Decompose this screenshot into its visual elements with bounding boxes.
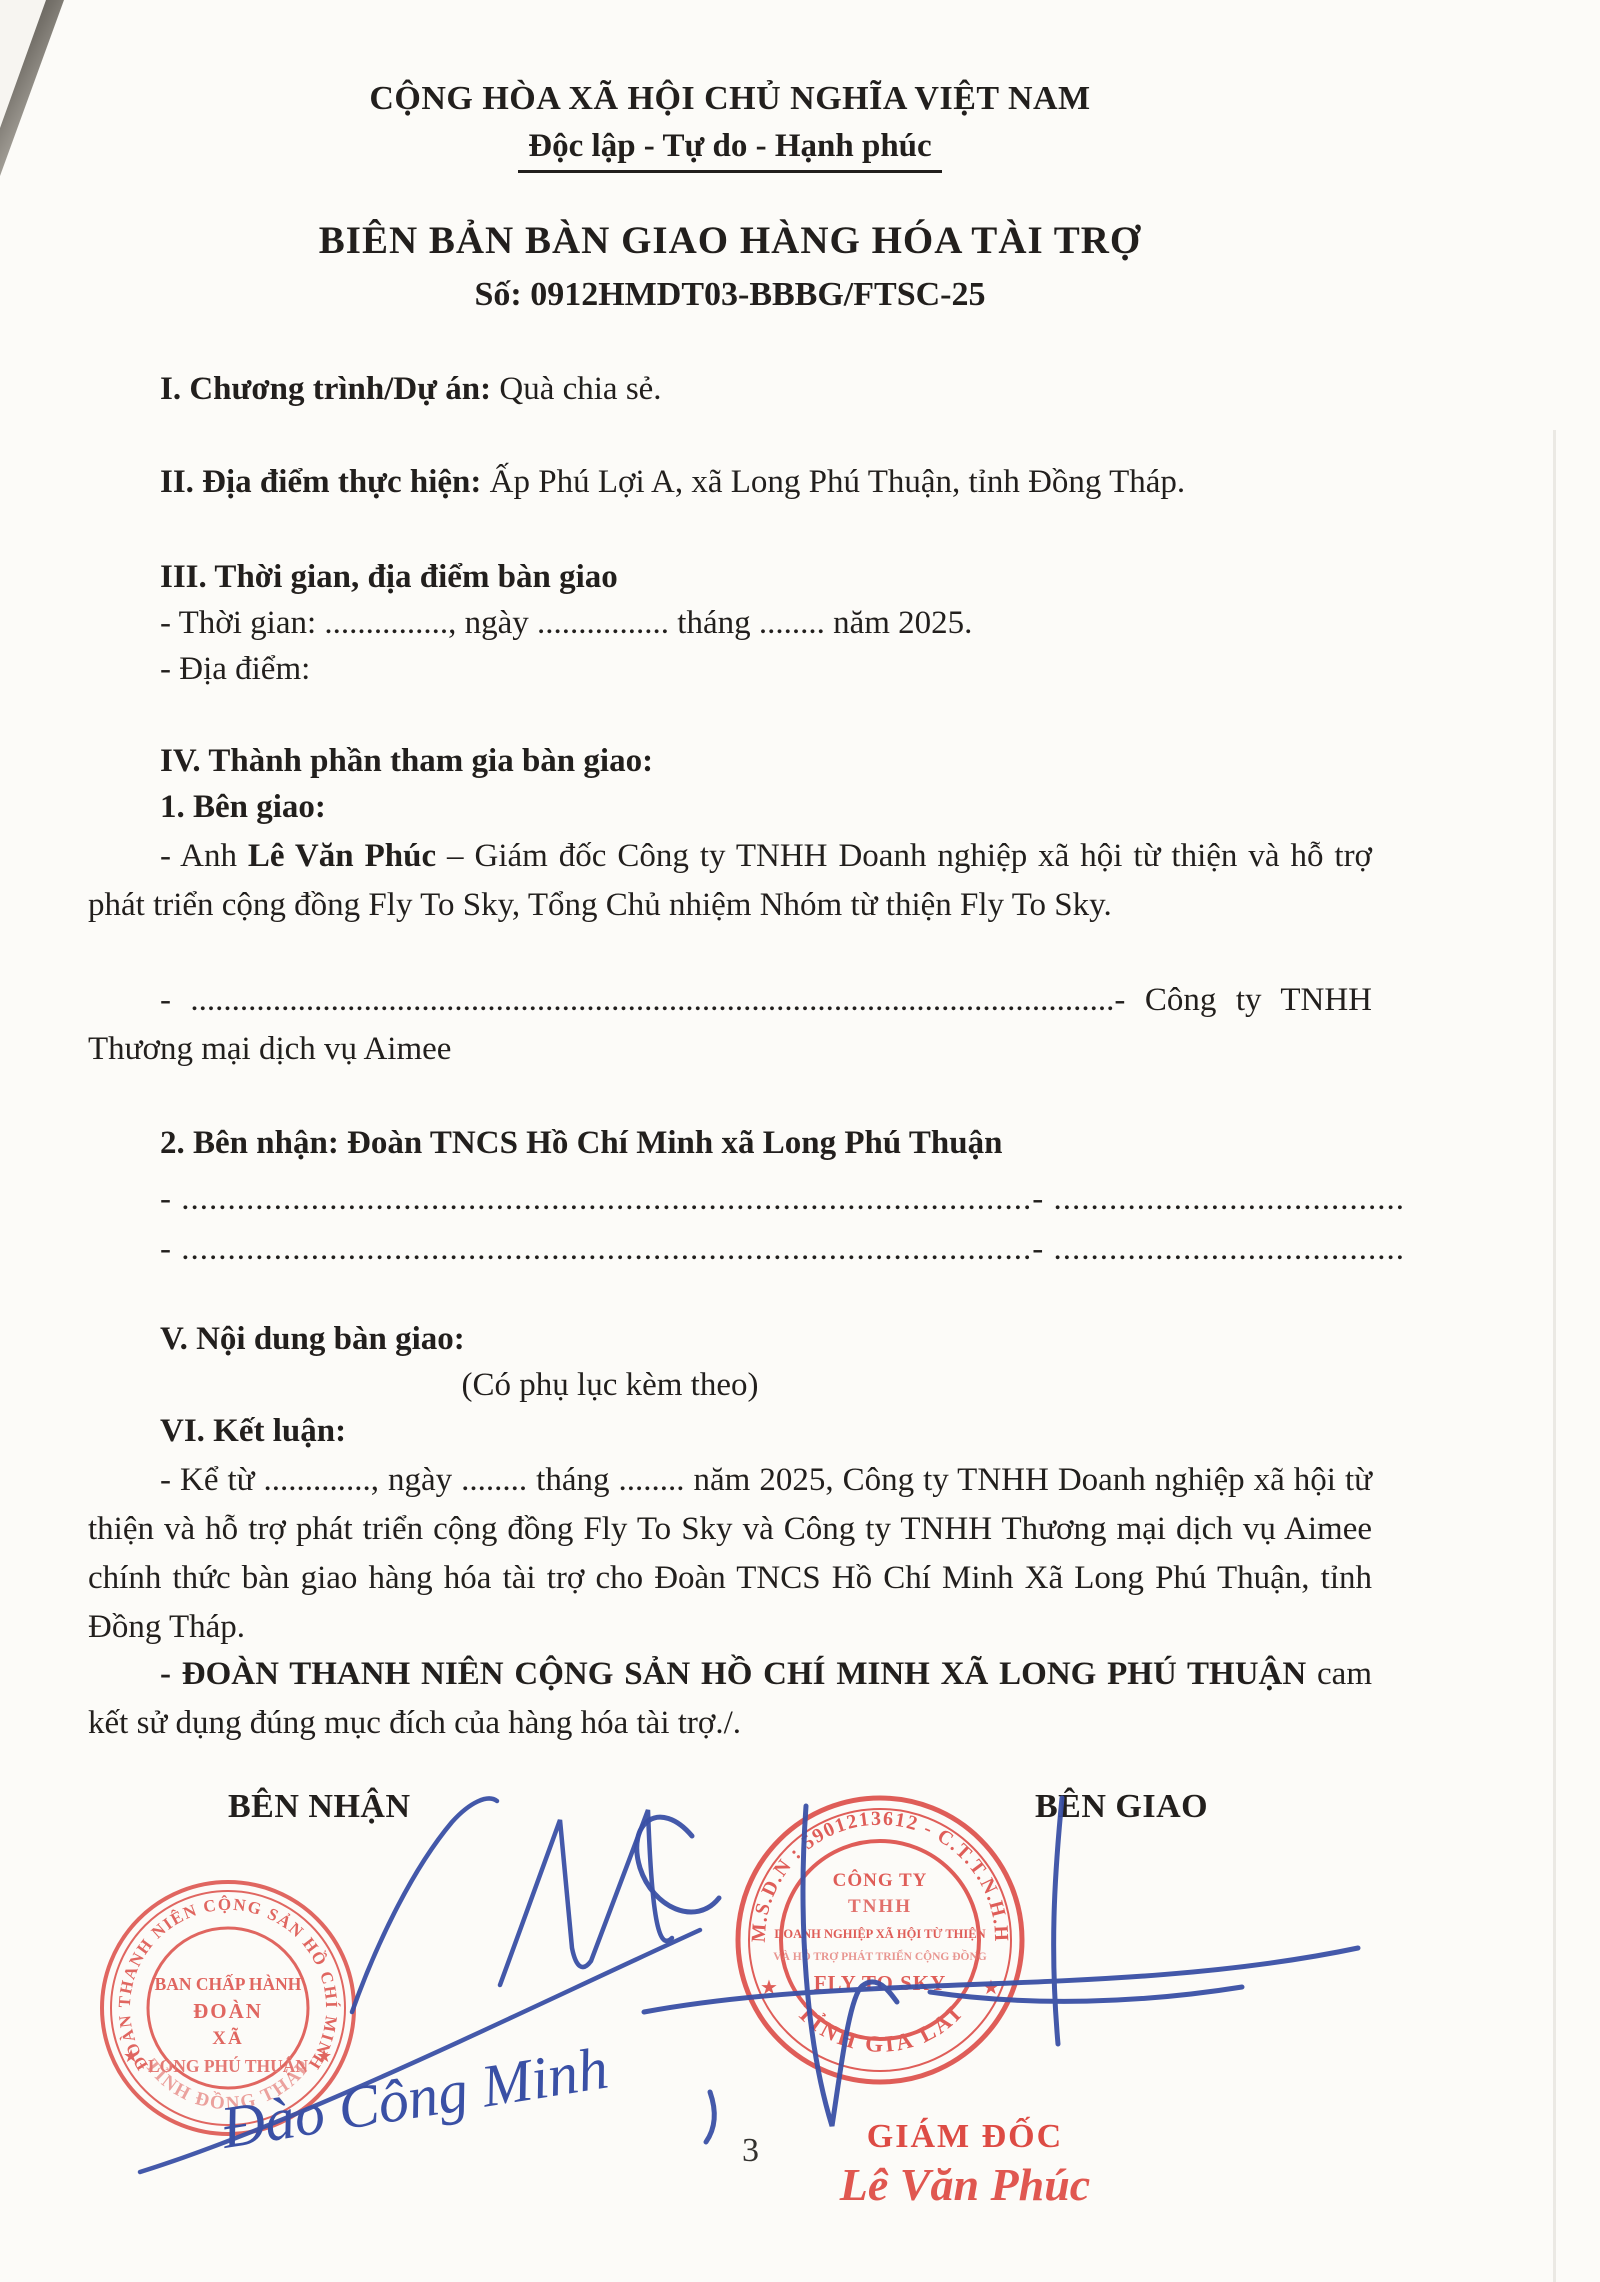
document-page: CỘNG HÒA XÃ HỘI CHỦ NGHĨA VIỆT NAM Độc l… — [0, 0, 1600, 2282]
section-1-label: I. Chương trình/Dự án: — [160, 371, 491, 407]
national-motto-text: Độc lập - Tự do - Hạnh phúc — [518, 128, 941, 173]
receiver-heading: 2. Bên nhận: Đoàn TNCS Hồ Chí Minh xã Lo… — [88, 1122, 1444, 1164]
conclusion-paragraph: - Kể từ ............., ngày ........ thá… — [88, 1456, 1372, 1652]
appendix-note: (Có phụ lục kèm theo) — [0, 1364, 1220, 1406]
commitment-bold: - ĐOÀN THANH NIÊN CỘNG SẢN HỒ CHÍ MINH X… — [160, 1656, 1306, 1692]
giver-heading: 1. Bên giao: — [88, 786, 1444, 828]
giver-paragraph: - Anh Lê Văn Phúc – Giám đốc Công ty TNH… — [88, 832, 1372, 930]
section-1-value: Quà chia sẻ. — [491, 371, 661, 407]
section-2-paragraph: II. Địa điểm thực hiện: Ấp Phú Lợi A, xã… — [88, 458, 1372, 507]
giver-signature-strokes — [637, 1798, 1358, 2142]
doc-title: BIÊN BẢN BÀN GIAO HÀNG HÓA TÀI TRỢ — [88, 218, 1372, 263]
place-line: - Địa điểm: — [88, 648, 1444, 690]
giver2-blank-line: - ......................................… — [88, 976, 1372, 1074]
section-5-heading: V. Nội dung bàn giao: — [88, 1318, 1444, 1360]
section-3-heading: III. Thời gian, địa điểm bàn giao — [88, 556, 1444, 598]
section-4-heading: IV. Thành phần tham gia bàn giao: — [88, 740, 1444, 782]
time-blank-line: - Thời gian: ..............., ngày .....… — [88, 602, 1444, 644]
giver-paragraph-pre: - Anh — [160, 838, 248, 874]
receiver-blank-line-1: - ......................................… — [88, 1178, 1444, 1220]
receiver-signature-name: Đào Công Minh — [216, 2035, 613, 2161]
section-2-value: Ấp Phú Lợi A, xã Long Phú Thuận, tỉnh Đồ… — [481, 464, 1185, 500]
section-2-label: II. Địa điểm thực hiện: — [160, 464, 481, 500]
receiver-blank-line-2: - ......................................… — [88, 1228, 1444, 1270]
signatures-overlay: Đào Công Minh — [0, 1720, 1600, 2282]
director-title: GIÁM ĐỐC — [820, 2118, 1110, 2156]
doc-number: Số: 0912HMDT03-BBBG/FTSC-25 — [88, 276, 1372, 314]
giver-name: Lê Văn Phúc — [248, 838, 436, 874]
director-name: Lê Văn Phúc — [805, 2158, 1125, 2211]
national-motto: Độc lập - Tự do - Hạnh phúc — [88, 128, 1372, 173]
national-title: CỘNG HÒA XÃ HỘI CHỦ NGHĨA VIỆT NAM — [88, 80, 1372, 118]
section-6-heading: VI. Kết luận: — [88, 1410, 1444, 1452]
page-number: 3 — [742, 2132, 759, 2170]
section-1-line: I. Chương trình/Dự án: Quà chia sẻ. — [88, 368, 1444, 410]
